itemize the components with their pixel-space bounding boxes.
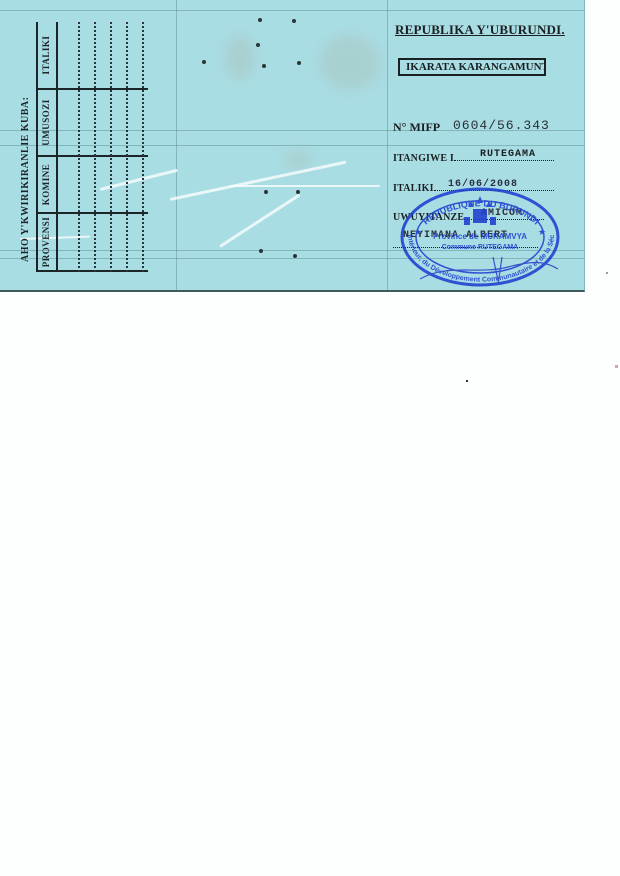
- table-row: [78, 22, 80, 272]
- hole-mark: [259, 249, 263, 253]
- svg-text:★: ★: [538, 227, 546, 237]
- residence-table-title: AHO Y'KWIRIKIRANLIE KUBA:: [20, 97, 31, 262]
- column-header-umusozi: UMUSOZI: [36, 90, 56, 157]
- mifp-number: 0604/56.343: [453, 118, 550, 133]
- country-title: REPUBLIKA Y'UBURUNDI.: [395, 22, 565, 38]
- identity-card: AHO Y'KWIRIKIRANLIE KUBA: PROVENSI KOMIN…: [0, 0, 585, 292]
- speck: [466, 380, 468, 382]
- stain: [320, 35, 380, 90]
- hole-mark: [293, 254, 297, 258]
- lamination-glare: [219, 194, 300, 248]
- column-header-italiki: ITALIKI: [36, 22, 56, 90]
- table-row: [142, 22, 144, 272]
- field-issued-by: ITANGIWE I RUTEGAMA: [393, 153, 554, 164]
- lamination-glare: [170, 161, 347, 201]
- lamination-glare: [230, 185, 380, 187]
- hole-mark: [292, 19, 296, 23]
- hole-mark: [297, 61, 301, 65]
- residence-table: AHO Y'KWIRIKIRANLIE KUBA: PROVENSI KOMIN…: [20, 12, 150, 272]
- table-row: [110, 22, 112, 272]
- hole-mark: [202, 60, 206, 64]
- stain: [225, 35, 255, 80]
- residence-table-grid: PROVENSI KOMINE UMUSOZI ITALIKI: [36, 22, 148, 272]
- column-header-komine: KOMINE: [36, 157, 56, 214]
- stain: [285, 150, 310, 170]
- column-header-provensi: PROVENSI: [36, 214, 56, 272]
- table-row: [126, 22, 128, 272]
- hole-mark: [264, 190, 268, 194]
- hole-mark: [258, 18, 262, 22]
- card-type-box: IKARATA KARANGAMUNTU: [398, 58, 546, 76]
- svg-text:★: ★: [414, 227, 422, 237]
- official-stamp: REPUBLIQUE DU BURUNDI Ministère de l'Int…: [398, 183, 563, 292]
- stamp-commune: Commune RUTEGAMA: [442, 244, 519, 251]
- speck: [615, 365, 618, 368]
- field-value: RUTEGAMA: [480, 149, 536, 160]
- hole-mark: [256, 43, 260, 47]
- stamp-province: Province de MURAMVYA: [433, 232, 527, 241]
- fold-line: [0, 10, 584, 11]
- mifp-label: N° MIFP: [393, 120, 440, 135]
- field-label: ITANGIWE I: [393, 153, 454, 164]
- table-row: [94, 22, 96, 272]
- hole-mark: [262, 64, 266, 68]
- speck: [606, 272, 608, 274]
